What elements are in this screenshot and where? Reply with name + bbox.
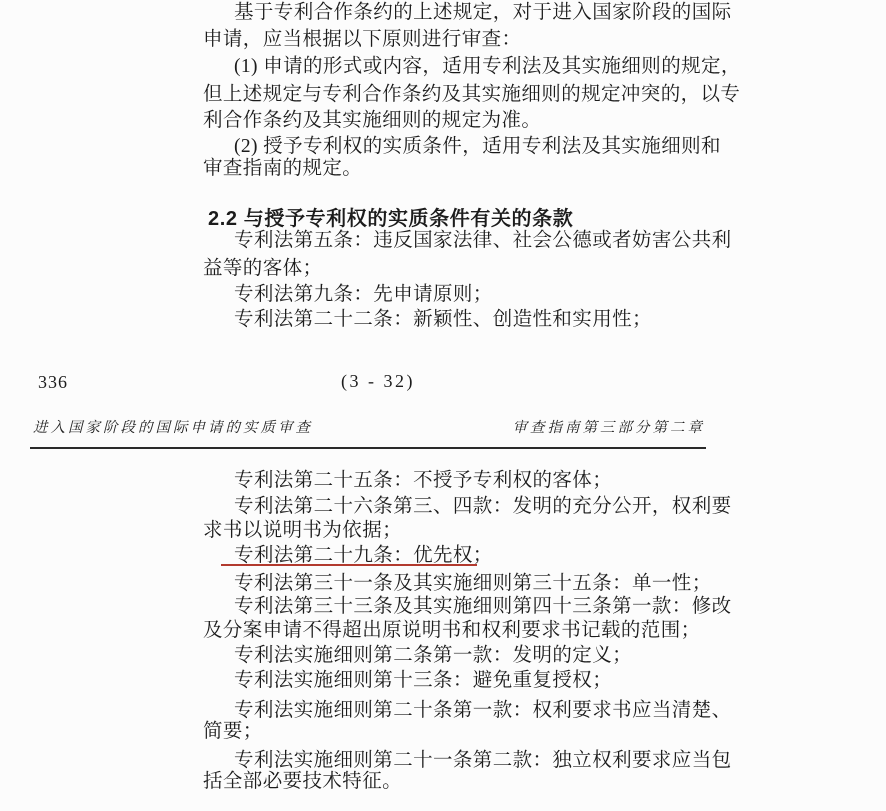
running-head-left: 进入国家阶段的国际申请的实质审查: [33, 416, 313, 437]
section-heading: 2.2 与授予专利权的实质条件有关的条款: [208, 202, 768, 231]
body-line: 专利法第三十一条及其实施细则第三十五条：单一性；: [203, 573, 794, 594]
body-line: 益等的客体；: [203, 258, 763, 279]
body-line: 申请，应当根据以下原则进行审查：: [203, 29, 763, 50]
body-line: 专利法第二十五条：不授予专利权的客体；: [203, 470, 794, 491]
body-line: 但上述规定与专利合作条约及其实施细则的规定冲突的，以专: [203, 84, 763, 105]
body-line: 简要；: [203, 721, 763, 742]
body-line underlined-line: 专利法第二十九条：优先权；: [203, 545, 794, 566]
body-line: 专利法实施细则第二十一条第二款：独立权利要求应当包: [203, 750, 794, 771]
body-line: 专利法实施细则第二十条第一款：权利要求书应当清楚、: [203, 700, 794, 721]
body-line: 专利法实施细则第十三条：避免重复授权；: [203, 670, 794, 691]
running-head-right: 审查指南第三部分第二章: [513, 416, 706, 437]
page-number: 336: [38, 372, 68, 393]
document-page: 基于专利合作条约的上述规定，对于进入国家阶段的国际 申请，应当根据以下原则进行审…: [0, 0, 886, 811]
body-line: 及分案申请不得超出原说明书和权利要求书记载的范围；: [203, 620, 763, 641]
body-line: (1) 申请的形式或内容，适用专利法及其实施细则的规定，: [203, 56, 794, 77]
body-line: (2) 授予专利权的实质条件，适用专利法及其实施细则和: [203, 136, 794, 157]
body-line: 专利法第二十二条：新颖性、创造性和实用性；: [203, 309, 794, 330]
body-line: 基于专利合作条约的上述规定，对于进入国家阶段的国际: [203, 2, 794, 23]
body-line: 专利法第三十三条及其实施细则第四十三条第一款：修改: [203, 596, 794, 617]
body-line: 利合作条约及其实施细则的规定为准。: [203, 110, 763, 131]
body-line: 专利法第二十六条第三、四款：发明的充分公开，权利要: [203, 496, 794, 517]
body-line: 审查指南的规定。: [203, 158, 763, 179]
body-line: 专利法第五条：违反国家法律、社会公德或者妨害公共利: [203, 230, 794, 251]
body-line: 求书以说明书为依据；: [203, 520, 763, 541]
sheet-number: (3 - 32): [341, 371, 415, 392]
body-line: 专利法第九条：先申请原则；: [203, 284, 794, 305]
header-rule: [30, 447, 706, 449]
red-underline-annotation: [221, 564, 477, 566]
body-line: 括全部必要技术特征。: [203, 771, 763, 792]
body-line: 专利法实施细则第二条第一款：发明的定义；: [203, 645, 794, 666]
